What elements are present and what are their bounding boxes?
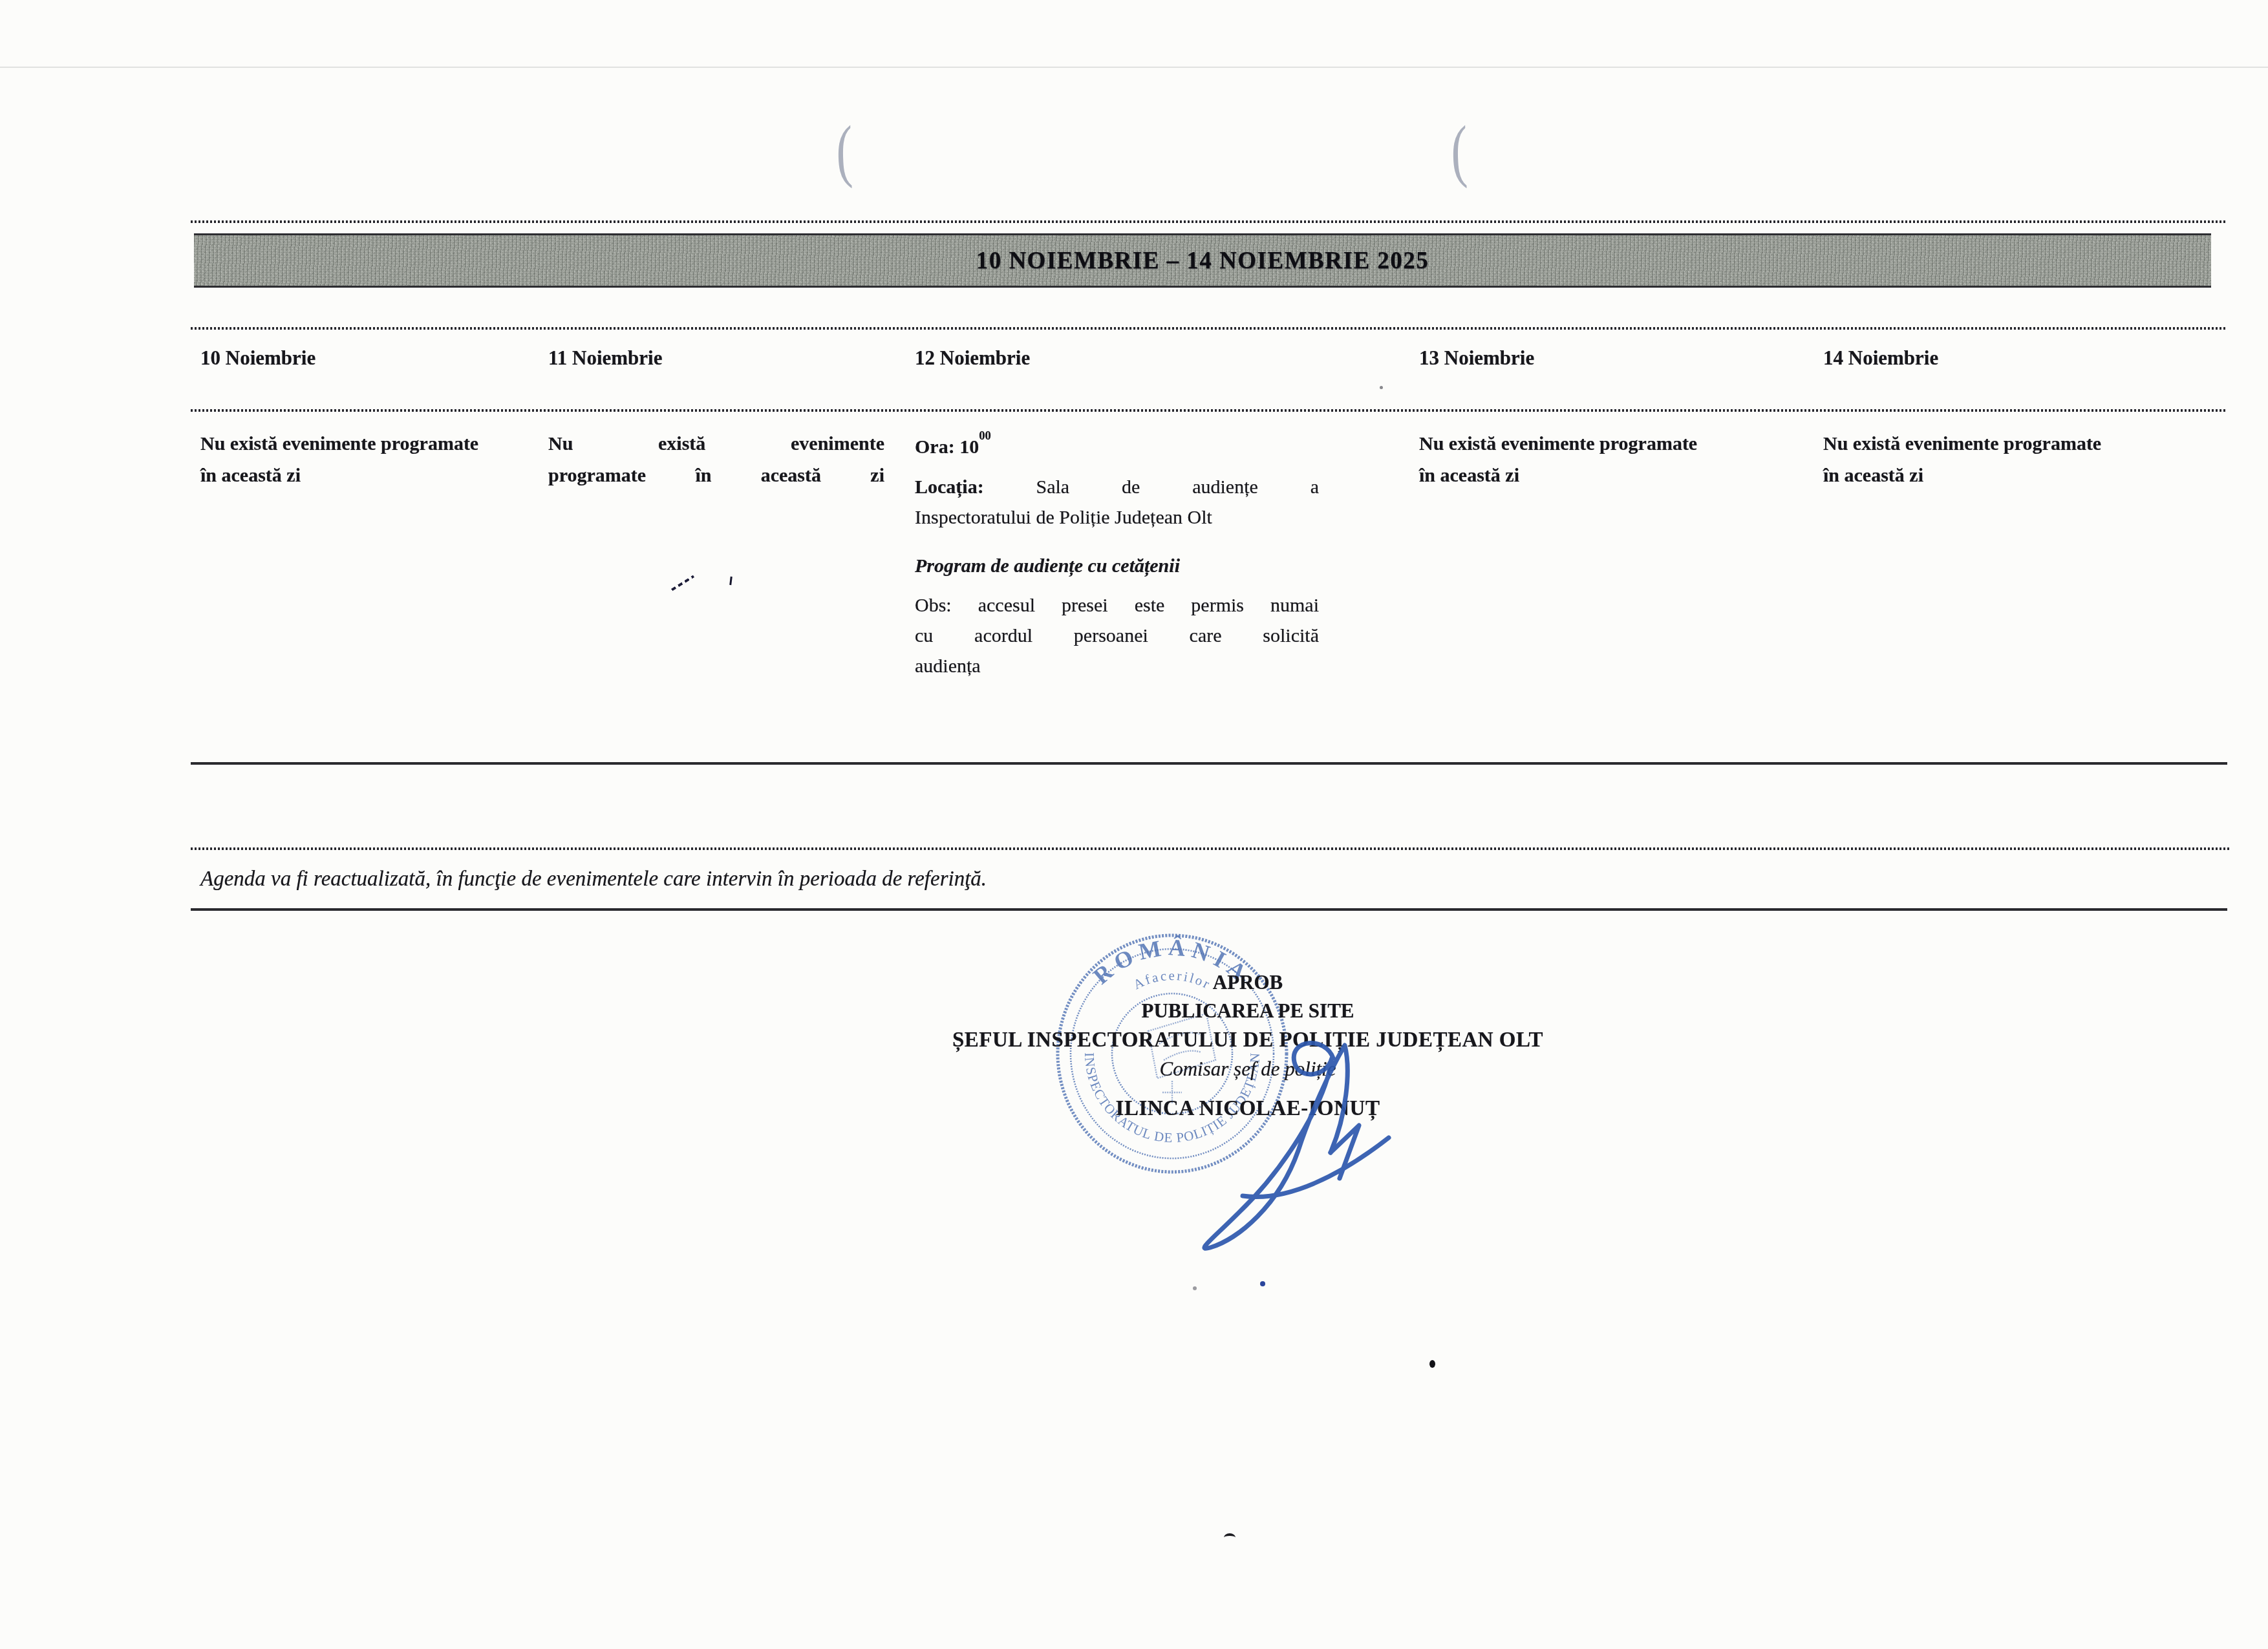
agenda-note: Agenda va fi reactualizată, în funcţie d… [200,865,987,893]
day-cell-11-line1: Nu există evenimente [548,428,884,460]
scan-speck-slash [671,575,694,591]
day-cell-10-no-events: Nu există evenimente programate în aceas… [200,428,485,491]
scan-speck-dot-header [1380,386,1383,389]
scan-speck-black-dot [1429,1360,1435,1368]
scan-artifact-paren-right: ( [1450,111,1468,191]
scan-speck-gray-dot [1193,1286,1197,1290]
event-obs-line1: Obs: accesul presei este permis numai [915,590,1319,621]
event-location-line1-rest: Sala de audiențe a [1036,476,1320,498]
week-title: 10 NOIEMBRIE – 14 NOIEMBRIE 2025 [976,247,1429,275]
day-header-10: 10 Noiembrie [200,346,316,370]
table-top-rule [191,220,2227,223]
scan-artifact-paren-left: ( [835,111,853,191]
event-location-line1: Locația: Sala de audiențe a [915,472,1319,502]
day-header-11: 11 Noiembrie [548,346,663,370]
event-location-label: Locația: [915,476,984,498]
day-cell-11-no-events: Nu există evenimente programate în aceas… [548,428,884,491]
day-cell-11-line2: programate în această zi [548,460,884,491]
event-obs-line2: cu acordul persoanei care solicită [915,621,1319,651]
event-obs: Obs: accesul presei este permis numai cu… [915,590,1319,681]
event-time: Ora: 1000 [915,427,1319,463]
week-title-bar: 10 NOIEMBRIE – 14 NOIEMBRIE 2025 [194,233,2211,288]
header-row-top-rule [191,327,2227,330]
event-location-line2: Inspectoratului de Poliție Județean Olt [915,502,1319,533]
event-obs-line3: audiența [915,651,1319,681]
event-program-title: Program de audiențe cu cetățenii [915,550,1319,582]
scanned-agenda-page: ( ( 10 NOIEMBRIE – 14 NOIEMBRIE 2025 10 … [0,0,2268,1649]
scan-speck-tick [729,577,733,585]
scan-speck-arc [1224,1533,1236,1542]
header-row-bottom-rule [191,409,2227,412]
note-top-rule [191,847,2231,850]
scan-speck-blue-dot [1260,1281,1265,1286]
day-header-12: 12 Noiembrie [915,346,1030,370]
event-time-label: Ora: [915,436,955,458]
event-location: Locația: Sala de audiențe a Inspectoratu… [915,472,1319,533]
day-cell-13-no-events: Nu există evenimente programate în aceas… [1419,428,1710,491]
scan-artifact-top-line [0,67,2268,68]
signature-scribble [1131,999,1403,1257]
approval-aprob: APROB [892,968,1603,997]
note-bottom-rule [191,908,2227,911]
day-header-14: 14 Noiembrie [1823,346,1938,370]
event-time-superscript: 00 [979,429,991,443]
day-cell-14-no-events: Nu există evenimente programate în aceas… [1823,428,2114,491]
day-cell-12-event: Ora: 1000 Locația: Sala de audiențe a In… [915,427,1319,681]
day-header-13: 13 Noiembrie [1419,346,1534,370]
event-time-value: 10 [959,436,979,458]
table-bottom-rule [191,762,2227,765]
